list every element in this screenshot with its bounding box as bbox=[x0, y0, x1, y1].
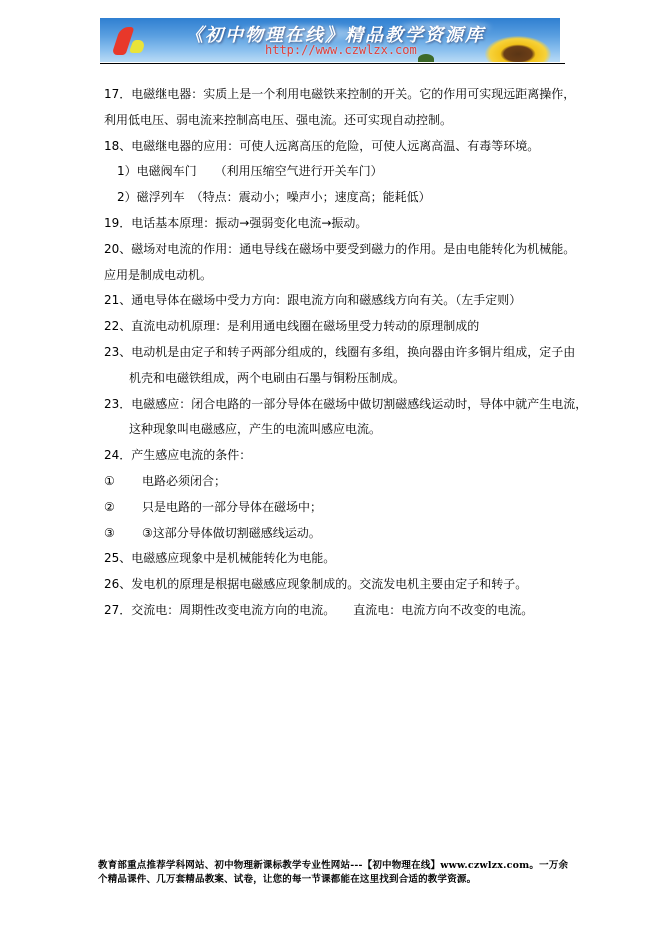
item-18-sub-1: 1）电磁阀车门 （利用压缩空气进行开关车门） bbox=[104, 159, 564, 185]
condition-text: 只是电路的一部分导体在磁场中； bbox=[142, 500, 322, 514]
item-20-line-2: 应用是制成电动机。 bbox=[104, 263, 564, 289]
sunflower-icon bbox=[485, 36, 551, 62]
item-18: 18、电磁继电器的应用：可使人远离高压的危险，可使人远离高温、有毒等环境。 bbox=[104, 134, 564, 160]
item-20-line-1: 20、磁场对电流的作用：通电导线在磁场中要受到磁力的作用。是由电能转化为机械能。 bbox=[104, 237, 564, 263]
item-25: 25、电磁感应现象中是机械能转化为电能。 bbox=[104, 546, 564, 572]
page-footer: 教育部重点推荐学科网站、初中物理新课标教学专业性网站---【初中物理在线】www… bbox=[98, 859, 578, 887]
banner-url[interactable]: http://www.czwlzx.com bbox=[265, 43, 417, 57]
condition-3: ③③这部分导体做切割磁感线运动。 bbox=[104, 521, 564, 547]
item-17-line-2: 利用低电压、弱电流来控制高电压、强电流。还可实现自动控制。 bbox=[104, 108, 564, 134]
item-18-sub-2: 2）磁浮列车 （特点：震动小；噪声小；速度高；能耗低） bbox=[104, 185, 564, 211]
item-23b-line-2: 这种现象叫电磁感应，产生的电流叫感应电流。 bbox=[104, 417, 564, 443]
item-23a-line-2: 机壳和电磁铁组成，两个电刷由石墨与铜粉压制成。 bbox=[104, 366, 564, 392]
list-marker: ③ bbox=[104, 521, 142, 547]
item-21: 21、通电导体在磁场中受力方向：跟电流方向和磁感线方向有关。（左手定则） bbox=[104, 288, 564, 314]
condition-1: ①电路必须闭合； bbox=[104, 469, 564, 495]
item-27: 27．交流电：周期性改变电流方向的电流。 直流电：电流方向不改变的电流。 bbox=[104, 598, 564, 624]
item-26: 26、发电机的原理是根据电磁感应现象制成的。交流发电机主要由定子和转子。 bbox=[104, 572, 564, 598]
item-22: 22、直流电动机原理：是利用通电线圈在磁场里受力转动的原理制成的 bbox=[104, 314, 564, 340]
condition-text: 电路必须闭合； bbox=[142, 474, 226, 488]
condition-2: ②只是电路的一部分导体在磁场中； bbox=[104, 495, 564, 521]
item-23b-line-1: 23．电磁感应：闭合电路的一部分导体在磁场中做切割磁感线运动时，导体中就产生电流… bbox=[104, 392, 564, 418]
header-divider bbox=[100, 63, 565, 64]
item-19: 19．电话基本原理：振动→强弱变化电流→振动。 bbox=[104, 211, 564, 237]
item-17-line-1: 17．电磁继电器：实质上是一个利用电磁铁来控制的开关。它的作用可实现远距离操作， bbox=[104, 82, 564, 108]
header-banner: 《初中物理在线》精品教学资源库 http://www.czwlzx.com bbox=[100, 18, 560, 62]
footer-line-2: 个精品课件、几万套精品教案、试卷，让您的每一节课都能在这里找到合适的教学资源。 bbox=[98, 873, 578, 887]
item-23a-line-1: 23、电动机是由定子和转子两部分组成的，线圈有多组，换向器由许多铜片组成，定子由 bbox=[104, 340, 564, 366]
item-24: 24．产生感应电流的条件： bbox=[104, 443, 564, 469]
footer-line-1: 教育部重点推荐学科网站、初中物理新课标教学专业性网站---【初中物理在线】www… bbox=[98, 859, 578, 873]
list-marker: ② bbox=[104, 495, 142, 521]
leaf-icon bbox=[418, 54, 434, 62]
document-body: 17．电磁继电器：实质上是一个利用电磁铁来控制的开关。它的作用可实现远距离操作，… bbox=[104, 82, 564, 624]
logo-accent-icon bbox=[129, 40, 147, 53]
list-marker: ① bbox=[104, 469, 142, 495]
condition-text: ③这部分导体做切割磁感线运动。 bbox=[142, 526, 321, 540]
